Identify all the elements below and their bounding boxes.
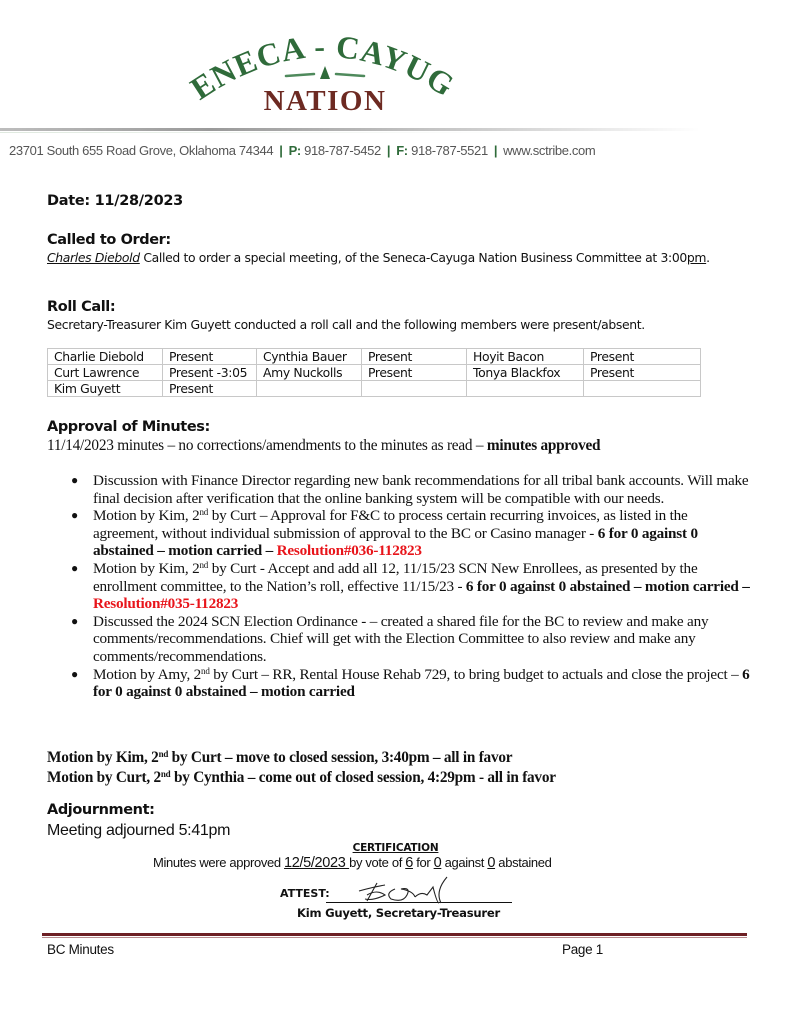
motion-text: Motion by Kim, 2 [47, 749, 159, 766]
attendance-status: Present [362, 365, 467, 381]
bullet-icon: ● [71, 613, 78, 631]
list-item: ●Motion by Kim, 2nd by Curt – Approval f… [70, 507, 750, 560]
member-name [257, 381, 362, 397]
member-name: Cynthia Bauer [257, 349, 362, 365]
attendance-status: Present [163, 381, 257, 397]
approval-date: 12/5/2023 [284, 855, 349, 871]
meeting-date: Date: 11/28/2023 [47, 193, 183, 209]
member-name: Amy Nuckolls [257, 365, 362, 381]
agenda-items: ●Discussion with Finance Director regard… [70, 472, 750, 701]
list-item: ●Motion by Amy, 2nd by Curt – RR, Rental… [70, 666, 750, 701]
header-divider [0, 128, 700, 131]
bullet-icon: ● [71, 507, 78, 525]
motion-text: Motion by Kim, 2 [93, 507, 200, 524]
member-name: Hoyit Bacon [467, 349, 584, 365]
table-row: Charlie DieboldPresentCynthia BauerPrese… [48, 349, 701, 365]
letterhead-contact: 23701 South 655 Road Grove, Oklahoma 743… [9, 143, 595, 158]
logo-org-name-bottom: NATION [264, 85, 387, 117]
attendance-status: Present [163, 349, 257, 365]
attendance-status [584, 381, 701, 397]
attendance-status: Present [584, 349, 701, 365]
motion-text: Motion by Curt, 2 [47, 769, 161, 786]
attendance-status: Present -3:05 [163, 365, 257, 381]
bullet-icon: ● [71, 666, 78, 684]
closed-session-motions: Motion by Kim, 2nd by Curt – move to clo… [47, 748, 556, 787]
ordinal-suffix: nd [201, 666, 210, 676]
attendance-status: Present [584, 365, 701, 381]
approval-result: minutes approved [487, 437, 600, 454]
item-text: Discussion with Finance Director regardi… [93, 472, 748, 507]
certification-heading: CERTIFICATION [0, 842, 791, 854]
footer-divider-accent [42, 937, 747, 938]
member-name [467, 381, 584, 397]
member-name: Tonya Blackfox [467, 365, 584, 381]
member-name: Charlie Diebold [48, 349, 163, 365]
member-name: Kim Guyett [48, 381, 163, 397]
table-row: Curt LawrencePresent -3:05Amy NuckollsPr… [48, 365, 701, 381]
separator: | [494, 143, 497, 158]
motion-text: Motion by Kim, 2 [93, 560, 200, 577]
votes-abstained: 0 [487, 855, 495, 871]
resolution-number: Resolution#036-112823 [277, 542, 422, 559]
closed-session-motion: Motion by Kim, 2nd by Curt – move to clo… [47, 748, 556, 768]
approval-heading: Approval of Minutes: [47, 419, 210, 435]
separator: | [279, 143, 282, 158]
separator: | [387, 143, 390, 158]
votes-for: 6 [405, 855, 413, 871]
seneca-cayuga-logo: SENECA - CAYUGA NATION [180, 22, 470, 122]
phone: 918-787-5452 [304, 143, 381, 158]
footer-divider [42, 933, 747, 936]
attendance-status [362, 381, 467, 397]
closed-session-motion: Motion by Curt, 2nd by Cynthia – come ou… [47, 768, 556, 788]
certification-text: Minutes were approved 12/5/2023 by vote … [153, 855, 552, 871]
item-text: by Curt – RR, Rental House Rehab 729, to… [210, 666, 742, 683]
roll-call-heading: Roll Call: [47, 299, 115, 315]
phone-label: P: [289, 143, 301, 158]
signer-name: Kim Guyett, Secretary-Treasurer [297, 906, 500, 920]
caller-name: Charles Diebold [47, 250, 140, 265]
attendance-status: Present [362, 349, 467, 365]
ordinal-suffix: nd [200, 507, 209, 517]
member-name: Curt Lawrence [48, 365, 163, 381]
ordinal-suffix: nd [200, 560, 209, 570]
adjournment-heading: Adjournment: [47, 802, 155, 818]
fax: 918-787-5521 [411, 143, 488, 158]
item-text: Discussed the 2024 SCN Election Ordinanc… [93, 613, 708, 665]
vote-result: 6 for 0 against 0 abstained – motion car… [466, 578, 750, 595]
roll-call-table: Charlie DieboldPresentCynthia BauerPrese… [47, 348, 701, 397]
bullet-icon: ● [71, 560, 78, 578]
table-row: Kim GuyettPresent [48, 381, 701, 397]
approval-text: 11/14/2023 minutes – no corrections/amen… [47, 437, 600, 455]
motion-text: by Cynthia – come out of closed session,… [170, 769, 555, 786]
adjournment-text: Meeting adjourned 5:41pm [47, 822, 230, 840]
footer-title: BC Minutes [47, 942, 114, 957]
list-item: ●Discussed the 2024 SCN Election Ordinan… [70, 613, 750, 666]
ordinal-suffix: nd [161, 769, 171, 779]
bullet-icon: ● [71, 472, 78, 490]
address: 23701 South 655 Road Grove, Oklahoma 743… [9, 143, 273, 158]
called-to-order-text: Charles Diebold Called to order a specia… [47, 250, 727, 266]
list-item: ●Motion by Kim, 2nd by Curt - Accept and… [70, 560, 750, 613]
motion-text: Motion by Amy, 2 [93, 666, 201, 683]
website-link[interactable]: www.sctribe.com [503, 143, 595, 158]
called-to-order-heading: Called to Order: [47, 232, 171, 248]
header-divider-accent [0, 132, 520, 133]
list-item: ●Discussion with Finance Director regard… [70, 472, 750, 507]
page-number: Page 1 [562, 942, 603, 957]
roll-call-text: Secretary-Treasurer Kim Guyett conducted… [47, 317, 747, 333]
motion-text: by Curt – move to closed session, 3:40pm… [168, 749, 512, 766]
tree-icon [320, 66, 330, 79]
resolution-number: Resolution#035-112823 [93, 595, 238, 612]
attest-label: ATTEST: [280, 887, 330, 900]
fax-label: F: [396, 143, 408, 158]
signature-image [355, 875, 505, 905]
ordinal-suffix: nd [159, 749, 169, 759]
